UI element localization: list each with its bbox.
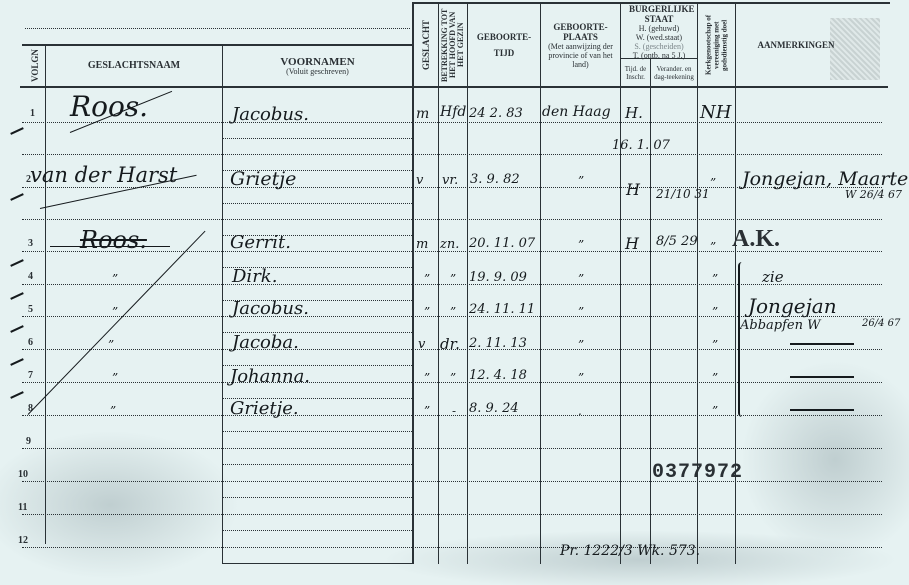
cell-kerk: ” <box>712 404 718 418</box>
cell-birthplace: ” <box>578 174 584 188</box>
cell-birthdate: 8. 9. 24 <box>469 401 519 416</box>
cell-birthdate: 20. 11. 07 <box>469 236 535 251</box>
cell-sex: v <box>416 173 423 188</box>
check-mark <box>10 391 24 399</box>
row-subrule <box>222 464 412 465</box>
cell-kerk: ” <box>712 305 718 319</box>
col-line <box>438 2 439 564</box>
cell-surname: van der Harst <box>30 163 177 187</box>
cell-surname: ” <box>112 305 118 319</box>
remark-dash <box>790 409 854 411</box>
col-line <box>467 2 468 564</box>
cell-remarks: Jongejan, Maarten <box>742 168 909 190</box>
header-betrekking: BETREKKING TOT HET HOOFD VAN HET GEZIN <box>439 4 467 86</box>
cell-birthplace: . <box>578 404 582 418</box>
col-line <box>412 2 414 564</box>
cell-sex: m <box>416 106 429 122</box>
cell-sex: ” <box>424 371 430 385</box>
row-number: 6 <box>28 337 33 348</box>
header-aanmerkingen: AANMERKINGEN <box>736 4 856 86</box>
cell-staat: H <box>626 180 640 199</box>
cell-firstname: Dirk. <box>232 266 277 287</box>
cell-remarks: zie <box>762 268 784 286</box>
cell-firstname: Jacobus. <box>232 298 309 319</box>
cell-verander: 8/5 29 <box>656 234 698 249</box>
header-geboorteplaats: GEBOORTE- PLAATS (Met aanwijzing der pro… <box>541 4 620 86</box>
registry-number-stamp: 0377972 <box>652 461 743 484</box>
cell-birthdate: 3. 9. 82 <box>470 172 520 187</box>
cell-birthplace: den Haag <box>542 104 611 120</box>
cell-surname: Roos. <box>80 226 147 254</box>
row-subrule <box>222 530 412 531</box>
cell-relation: dr. <box>440 335 460 353</box>
cell-relation: ” <box>450 305 456 319</box>
row-rule <box>22 448 882 449</box>
cell-firstname: Grietje. <box>230 398 299 419</box>
header-volgn: VOLGN <box>26 46 44 86</box>
header-bs-h: H. (gehuwd) <box>639 24 679 33</box>
row-number: 10 <box>18 469 28 480</box>
cell-firstname: Jacobus. <box>232 104 309 125</box>
cell-relation: zn. <box>440 237 459 252</box>
cell-kerk: ” <box>710 240 716 254</box>
top-dotted-rule <box>25 28 410 29</box>
cell-birthplace: ” <box>578 371 584 385</box>
cell-sex: ” <box>424 305 430 319</box>
cell-birthdate: 24 2. 83 <box>469 106 523 121</box>
header-bs-title: BURGERLIJKE STAAT <box>629 4 689 24</box>
cell-birthdate: 2. 11. 13 <box>469 336 527 351</box>
header-bottom-rule <box>20 86 888 88</box>
check-mark <box>10 325 24 333</box>
cell-birthdate: 12. 4. 18 <box>469 368 527 383</box>
header-bs-tijd: Tijd. de Inschr. <box>621 59 650 86</box>
cell-birthplace: ” <box>578 272 584 286</box>
cell-birthplace: ” <box>578 305 584 319</box>
cell-staat: H. <box>625 104 643 122</box>
cell-kerk: NH <box>700 102 731 123</box>
header-burgerlijke-staat: BURGERLIJKE STAAT H. (gehuwd) W. (wed.st… <box>621 4 697 58</box>
header-bs-w: W. (wed.staat) <box>636 33 682 42</box>
col-line <box>222 164 223 564</box>
header-bs-verander: Verander. en dag-teekening <box>651 59 697 86</box>
header-voornamen-sub: (Voluit geschreven) <box>286 67 349 76</box>
header-geboorteplaats-1: GEBOORTE- <box>553 22 607 32</box>
remark-reference: 26/4 67 <box>862 318 900 329</box>
cell-birthplace: ” <box>578 338 584 352</box>
row-number: 5 <box>28 304 33 315</box>
col-line <box>540 2 541 564</box>
row-rule <box>22 122 882 123</box>
cell-sex: ” <box>424 272 430 286</box>
row-number: 1 <box>30 108 35 119</box>
header-geboortetijd-2: TIJD <box>494 48 515 58</box>
cell-relation: ” <box>450 272 456 286</box>
header-geboortetijd: GEBOORTE- TIJD <box>468 4 540 86</box>
remark-dash <box>790 376 854 378</box>
row-number: 9 <box>26 436 31 447</box>
header-kerkgenootschap: Kerkgenootschap of vereeniging met godsd… <box>698 4 735 86</box>
cell-kerk: ” <box>712 338 718 352</box>
header-geslachtsnaam: GESLACHTSNAAM <box>46 46 222 86</box>
row-rule <box>22 514 882 515</box>
cell-kerk: ” <box>712 371 718 385</box>
row-number: 4 <box>28 271 33 282</box>
paper-stain <box>0 430 240 580</box>
cell-surname: ” <box>112 371 118 385</box>
row-number: 11 <box>18 502 27 513</box>
check-mark <box>10 193 24 201</box>
header-voornamen-label: VOORNAMEN <box>280 57 354 67</box>
row-number: 7 <box>28 370 33 381</box>
cell-firstname: Jacoba. <box>232 332 299 353</box>
row-subrule <box>222 431 412 432</box>
col-line <box>650 58 651 564</box>
cell-kerk: ” <box>712 272 718 286</box>
cell-sex: ” <box>424 404 430 418</box>
header-bs-tijd-label: Tijd. de Inschr. <box>621 65 650 81</box>
check-mark <box>10 358 24 366</box>
row-subrule <box>222 138 412 139</box>
row-number: 3 <box>28 238 33 249</box>
footer-note: Pr. 1222/3 Wk. 573. <box>560 543 700 559</box>
cell-surname: Roos. <box>70 90 148 123</box>
cell-verander: 21/10 31 <box>656 187 710 201</box>
cell-birthdate: 24. 11. 11 <box>469 302 535 317</box>
check-mark <box>10 292 24 300</box>
cell-kerk: ” <box>710 176 716 190</box>
cell-relation: vr. <box>442 173 458 188</box>
remark-reference: W 26/4 67 <box>845 188 902 201</box>
cell-sex: m <box>416 237 428 252</box>
col-line <box>45 44 46 544</box>
row-subrule <box>222 497 412 498</box>
cell-staat: H <box>625 234 639 253</box>
cell-surname: ” <box>112 272 118 286</box>
header-geboorteplaats-sub: (Met aanwijzing der provincie of van het… <box>544 42 618 69</box>
cell-relation: - <box>452 404 456 418</box>
cell-firstname: Johanna. <box>230 366 310 387</box>
strike-line <box>28 231 206 415</box>
remarks-brace <box>738 262 746 417</box>
row-rule <box>22 219 882 220</box>
marriage-date: 16. 1. 07 <box>612 138 670 153</box>
check-mark <box>10 259 24 267</box>
cell-birthplace: ” <box>578 238 584 252</box>
cell-firstname: Grietje <box>230 168 296 190</box>
row-rule <box>22 547 882 548</box>
cell-surname: ” <box>108 338 114 352</box>
header-geboortetijd-1: GEBOORTE- <box>477 32 531 42</box>
row-subrule <box>222 203 412 204</box>
cell-remarks: Jongejan <box>748 294 837 318</box>
cell-sex: v <box>418 337 425 352</box>
col-line <box>620 2 621 564</box>
cell-remarks: Abbapfen W <box>740 318 820 333</box>
row-subrule <box>222 563 412 564</box>
check-mark <box>10 127 24 135</box>
paper-stain <box>740 360 909 560</box>
remark-dash <box>790 343 854 345</box>
row-number: 12 <box>18 535 28 546</box>
cell-birthdate: 19. 9. 09 <box>469 270 527 285</box>
cell-relation: ” <box>450 371 456 385</box>
cell-remarks-stamp: A.K. <box>732 226 780 253</box>
row-rule <box>22 481 882 482</box>
cell-relation: Hfd <box>440 104 466 120</box>
header-geslacht: GESLACHT <box>414 4 438 86</box>
header-bs-s: S. (gescheiden) <box>634 42 683 51</box>
header-voornamen: VOORNAMEN (Voluit geschreven) <box>223 46 412 86</box>
cell-surname: ” <box>110 404 116 418</box>
cell-firstname: Gerrit. <box>230 232 291 253</box>
registry-card: VOLGN GESLACHTSNAAM VOORNAMEN (Voluit ge… <box>0 0 909 585</box>
row-rule <box>22 154 882 155</box>
header-geboorteplaats-2: PLAATS <box>563 32 598 42</box>
header-bs-verander-label: Verander. en dag-teekening <box>651 65 697 81</box>
